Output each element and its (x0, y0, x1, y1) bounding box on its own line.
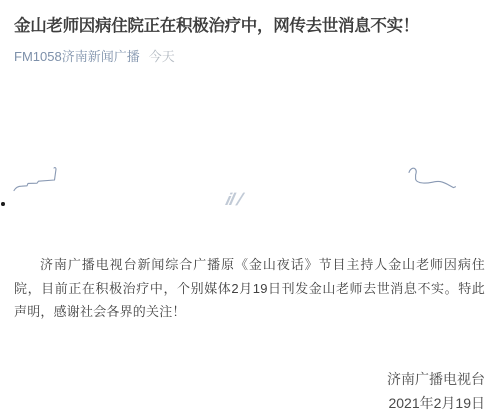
article-title: 金山老师因病住院正在积极治疗中，网传去世消息不实！ (14, 15, 485, 38)
article-body: 济南广播电视台新闻综合广播原《金山夜话》节目主持人金山老师因病住院，目前正在积极… (14, 253, 485, 324)
article-page: 金山老师因病住院正在积极治疗中，网传去世消息不实！ FM1058济南新闻广播今天… (0, 0, 499, 418)
article-meta: FM1058济南新闻广播今天 (14, 49, 485, 64)
source-account-link[interactable]: FM1058济南新闻广播 (14, 49, 140, 64)
pen-scribble-left (13, 166, 61, 193)
signature-name: 济南广播电视台 (387, 368, 485, 392)
faint-pen-mark: il / (224, 190, 244, 210)
signature-date: 2021年2月19日 (387, 392, 485, 416)
pen-scribble-right (405, 166, 461, 192)
ink-dot (1, 202, 5, 206)
publish-date: 今天 (149, 49, 175, 64)
washed-out-photo: il / (0, 70, 499, 249)
signature-block: 济南广播电视台 2021年2月19日 (387, 368, 485, 415)
